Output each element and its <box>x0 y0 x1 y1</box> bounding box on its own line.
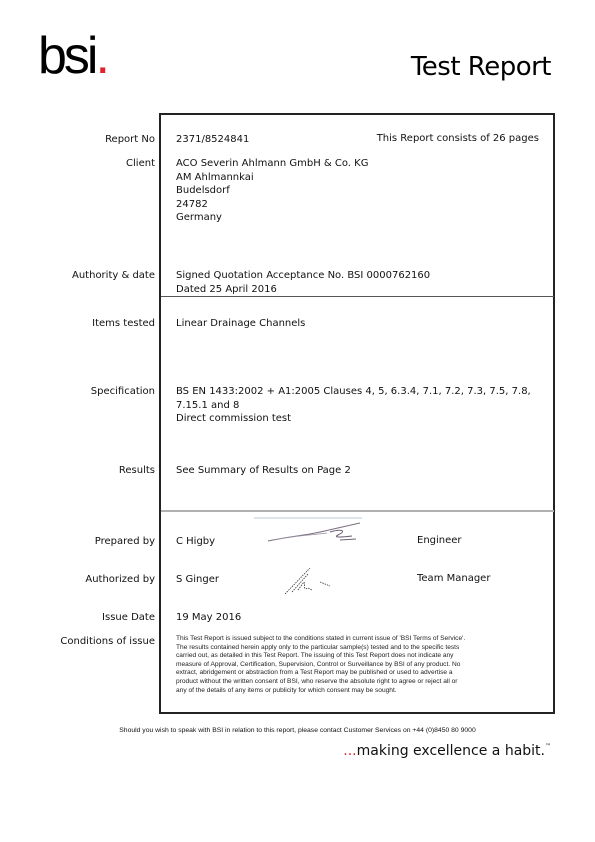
conditions-line: any of the details of any items or publi… <box>176 687 546 696</box>
signature-icon <box>252 514 367 552</box>
conditions-line: The results contained herein apply only … <box>176 644 546 653</box>
client-label: Client <box>126 158 155 169</box>
client-line: Germany <box>176 211 368 225</box>
conditions-line: extract, abridgement or abstraction from… <box>176 669 546 678</box>
authorized-by-name: S Ginger <box>176 573 219 587</box>
items-tested-value: Linear Drainage Channels <box>176 317 305 331</box>
conditions-line: This Test Report is issued subject to th… <box>176 635 546 644</box>
client-address: ACO Severin Ahlmann GmbH & Co. KG AM Ahl… <box>176 157 368 225</box>
specification-label: Specification <box>91 386 155 397</box>
conditions-text: This Test Report is issued subject to th… <box>176 635 546 695</box>
prepared-by-name: C Higby <box>176 535 215 549</box>
conditions-line: product without the written consent of B… <box>176 678 546 687</box>
client-line: ACO Severin Ahlmann GmbH & Co. KG <box>176 157 368 171</box>
logo-text: bsi <box>38 27 95 85</box>
report-no-label: Report No <box>105 134 155 145</box>
client-line: AM Ahlmannkai <box>176 171 368 185</box>
authority-label: Authority & date <box>72 270 155 281</box>
tagline-dots: ... <box>343 743 356 759</box>
conditions-label: Conditions of issue <box>60 636 155 647</box>
pages-note: This Report consists of 26 pages <box>377 133 539 144</box>
authority-value: Signed Quotation Acceptance No. BSI 0000… <box>176 269 430 296</box>
conditions-line: carried out, as detailed in this Test Re… <box>176 652 546 661</box>
authority-line: Signed Quotation Acceptance No. BSI 0000… <box>176 269 430 283</box>
issue-date-label: Issue Date <box>102 612 155 623</box>
trademark-mark: ™ <box>545 743 551 750</box>
authorized-by-role: Team Manager <box>417 573 490 584</box>
specification-value: BS EN 1433:2002 + A1:2005 Clauses 4, 5, … <box>176 385 531 426</box>
prepared-by-label: Prepared by <box>95 536 155 547</box>
logo-dot: . <box>95 27 106 85</box>
items-tested-label: Items tested <box>92 318 155 329</box>
prepared-by-role: Engineer <box>417 535 462 546</box>
specification-line: Direct commission test <box>176 412 531 426</box>
report-no-value: 2371/8524841 <box>176 133 249 147</box>
specification-line: BS EN 1433:2002 + A1:2005 Clauses 4, 5, … <box>176 385 531 399</box>
signature-icon <box>280 564 340 602</box>
client-line: Budelsdorf <box>176 184 368 198</box>
conditions-line: measure of Approval, Certification, Supe… <box>176 661 546 670</box>
authorized-by-label: Authorized by <box>85 574 155 585</box>
specification-line: 7.15.1 and 8 <box>176 399 531 413</box>
authority-line: Dated 25 April 2016 <box>176 283 430 297</box>
client-line: 24782 <box>176 198 368 212</box>
tagline-text: making excellence a habit. <box>357 743 545 759</box>
contact-note: Should you wish to speak with BSI in rel… <box>0 727 595 734</box>
results-value: See Summary of Results on Page 2 <box>176 464 351 478</box>
divider <box>161 296 554 297</box>
results-label: Results <box>119 465 155 476</box>
divider <box>161 510 554 512</box>
issue-date-value: 19 May 2016 <box>176 611 241 625</box>
tagline: ...making excellence a habit.™ <box>343 743 551 759</box>
page-title: Test Report <box>411 52 551 82</box>
bsi-logo: bsi. <box>38 30 107 82</box>
